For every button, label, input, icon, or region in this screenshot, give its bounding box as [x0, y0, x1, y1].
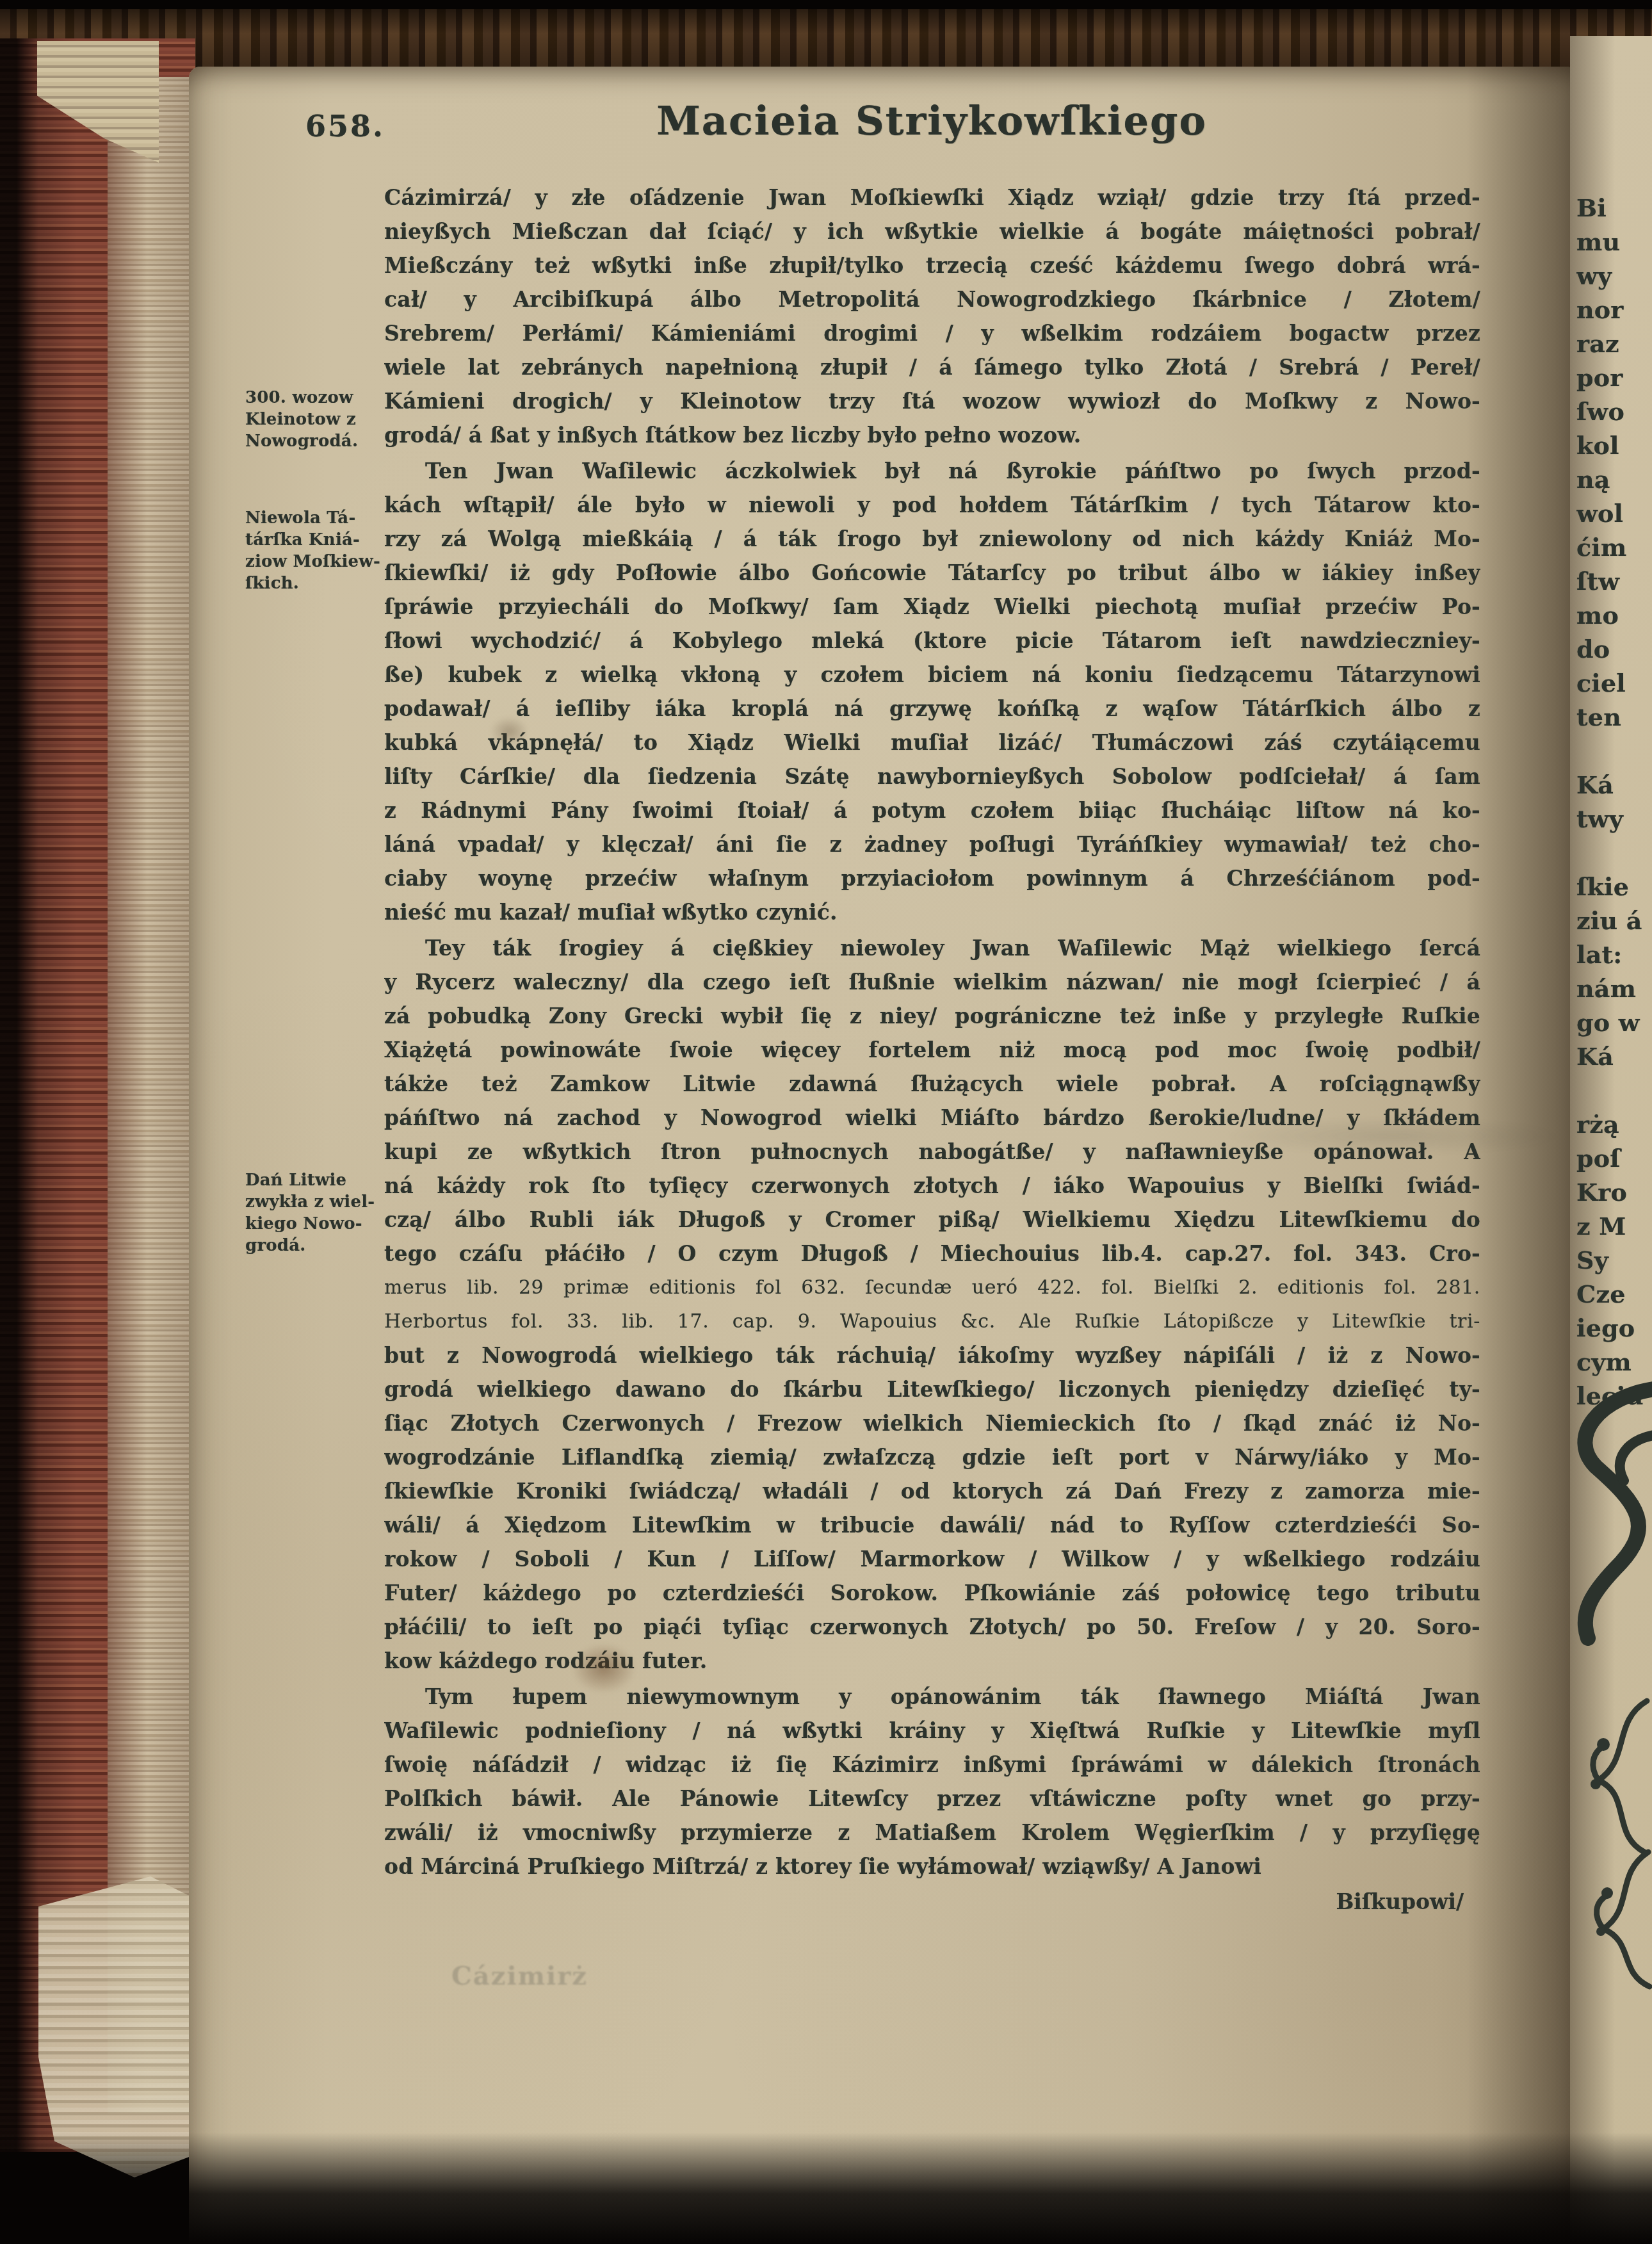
text-line: kow káżdego rodzáiu futer. [384, 1644, 1480, 1678]
catchword: Biſkupowi/ [384, 1885, 1480, 1919]
text-line: merus lib. 29 primæ editionis fol 632. ſ… [384, 1271, 1480, 1305]
text-line: od Márciná Pruſkiego Miſtrzá/ z ktorey ſ… [384, 1850, 1480, 1883]
text-line: ná káżdy rok ſto tyſięcy czerwonych złot… [384, 1169, 1480, 1203]
text-line: zá pobudką Zony Grecki wybił ſię z niey/… [384, 999, 1480, 1033]
page-number: 658. [305, 109, 385, 143]
text-line: cał/ y Arcibiſkupá álbo Metropolitá Nowo… [384, 282, 1480, 316]
paragraph: Tey ták ſrogiey á cięßkiey niewoley Jwan… [384, 931, 1480, 1678]
text-line: Dań Litwie [245, 1169, 399, 1191]
text-line: do [1576, 632, 1652, 666]
margin-note-tatar-captivity: Niewola Tá-tárſka Kniá-ziow Moſkiew-ſkic… [245, 507, 399, 594]
text-line: zwykła z wiel- [245, 1191, 399, 1213]
text-line: but z Nowogrodá wielkiego ták ráchuią/ i… [384, 1338, 1480, 1372]
text-line: ſkiewſkie Kroniki ſwiádczą/ władáli / od… [384, 1474, 1480, 1508]
text-line: Kámieni drogich/ y Kleinotow trzy ſtá wo… [384, 384, 1480, 418]
ink-stain [572, 1643, 636, 1693]
text-line: płáćili/ to ieſt po piąći tyſiąc czerwon… [384, 1610, 1480, 1644]
floral-ornament-icon [1570, 1691, 1652, 1992]
text-line: ſkiewſki/ iż gdy Poſłowie álbo Gońcowie … [384, 556, 1480, 590]
foxing-spot [490, 717, 528, 746]
text-line: ſkich. [245, 573, 399, 594]
text-line: Kleinotow z [245, 409, 399, 430]
page-edges-stack [108, 77, 195, 2113]
text-line: ſpráwie przyiecháli do Moſkwy/ ſam Xiądz… [384, 590, 1480, 624]
text-line: iego [1576, 1311, 1652, 1345]
text-line: Bi [1576, 191, 1652, 225]
paragraph: Tym łupem niewymownym y opánowánim ták ſ… [384, 1680, 1480, 1883]
text-line: wáli/ á Xiędzom Litewſkim w tribucie daw… [384, 1508, 1480, 1542]
text-line: Cázimirzá/ y złe oſádzenie Jwan Moſkiewſ… [384, 181, 1480, 215]
text-line: Sy [1576, 1243, 1652, 1277]
body-text: Cázimirzá/ y złe oſádzenie Jwan Moſkiewſ… [384, 181, 1480, 1919]
text-line: Futer/ káżdego po czterdzieśći Sorokow. … [384, 1576, 1480, 1610]
text-line: Mießczány też wßytki inße złupił/tylko t… [384, 248, 1480, 282]
text-line: por [1576, 361, 1652, 394]
text-line: go w [1576, 1005, 1652, 1039]
text-line: ße) kubek z wielką vkłoną y czołem bicie… [384, 658, 1480, 692]
text-line: kách wſtąpił/ ále było w niewoli y pod h… [384, 488, 1480, 522]
text-line: ſtw [1576, 564, 1652, 598]
text-line: podawał/ á ieſliby iáka kroplá ná grzywę… [384, 692, 1480, 726]
text-line: nor [1576, 293, 1652, 327]
text-line: Xiążętá powinowáte ſwoie więcey fortelem… [384, 1033, 1480, 1067]
text-line: nieyßych Mießczan dał ſciąć/ y ich wßytk… [384, 215, 1480, 248]
text-line: Ten Jwan Waſilewic áczkolwiek był ná ßyr… [384, 454, 1480, 488]
text-line: poſ [1576, 1141, 1652, 1175]
margin-note-lithuanian-tribute: Dań Litwiezwykła z wiel-kiego Nowo-grodá… [245, 1169, 399, 1256]
text-line: rzy zá Wolgą mießkáią / á ták ſrogo był … [384, 522, 1480, 556]
paragraph: Cázimirzá/ y złe oſádzenie Jwan Moſkiewſ… [384, 181, 1480, 452]
text-line: mo [1576, 598, 1652, 632]
text-line: liſty Cárſkie/ dla ſiedzenia Szátę nawyb… [384, 760, 1480, 793]
text-line: grodá wielkiego dawano do ſkárbu Litewſk… [384, 1372, 1480, 1406]
text-line: Ká [1576, 768, 1652, 802]
text-line: ſkie [1576, 870, 1652, 904]
margin-note-wagons: 300. wozowKleinotow zNowogrodá. [245, 387, 399, 452]
text-line: ſwo [1576, 394, 1652, 428]
text-line: zwáli/ iż vmocniwßy przymierze z Matiaße… [384, 1816, 1480, 1850]
text-line: czą/ álbo Rubli iák Długoß y Cromer pißą… [384, 1203, 1480, 1237]
text-line: Herbortus fol. 33. lib. 17. cap. 9. Wapo… [384, 1305, 1480, 1338]
text-line: rokow / Soboli / Kun / Liſſow/ Marmorkow… [384, 1542, 1480, 1576]
text-line [1576, 836, 1652, 870]
text-line: nám [1576, 972, 1652, 1005]
text-line: 300. wozow [245, 387, 399, 409]
text-line: Polſkich báwił. Ale Pánowie Litewſcy prz… [384, 1782, 1480, 1816]
text-line: mu [1576, 225, 1652, 259]
text-line: z Rádnymi Pány ſwoimi ſtoiał/ á potym cz… [384, 793, 1480, 827]
text-line: kubká vkápnęłá/ to Xiądz Wielki muſiał l… [384, 726, 1480, 760]
text-line: Tym łupem niewymownym y opánowánim ták ſ… [384, 1680, 1480, 1714]
text-line: Niewola Tá- [245, 507, 399, 529]
text-line: nieść mu kazał/ muſiał wßytko czynić. [384, 895, 1480, 929]
text-line: ciel [1576, 666, 1652, 700]
text-line: tego czáſu płáćiło / O czym Długoß / Mie… [384, 1237, 1480, 1271]
text-line: grodá/ á ßat y inßych ſtátkow bez liczby… [384, 418, 1480, 452]
book-scan-photo: 658. Macieia Striykowſkiego 300. wozowKl… [0, 0, 1652, 2244]
facing-page-text-fragments: Bimuwynorrazporſwokolnąwolćimſtwmodociel… [1576, 191, 1652, 1427]
binding-gutter-shadow [1466, 67, 1572, 2244]
text-line: lat: [1576, 938, 1652, 972]
text-line: ciaby woynę przećiw właſnym przyiaciołom… [384, 861, 1480, 895]
text-line: wy [1576, 259, 1652, 293]
text-line [1576, 734, 1652, 768]
text-line: grodá. [245, 1235, 399, 1256]
text-line: tárſka Kniá- [245, 529, 399, 551]
text-line: wogrodzánie Liflandſką ziemią/ zwłaſzczą… [384, 1440, 1480, 1474]
ghost-offset-print: Cázimirż [451, 1961, 588, 1991]
text-line: ziu á [1576, 904, 1652, 938]
text-line: ſwoię náſádził / widząc iż ſię Kázimirz … [384, 1748, 1480, 1782]
text-line: twy [1576, 802, 1652, 836]
text-line: Waſilewic podnieſiony / ná wßytki kráiny… [384, 1714, 1480, 1748]
book-top-edge [0, 9, 1652, 70]
book-page: 658. Macieia Striykowſkiego 300. wozowKl… [189, 67, 1572, 2244]
text-line: tákże też Zamkow Litwie zdawná ſłużących… [384, 1067, 1480, 1101]
text-line: z M [1576, 1209, 1652, 1243]
text-line: wol [1576, 496, 1652, 530]
running-title: Macieia Striykowſkiego [464, 97, 1399, 144]
text-line: ſłowi wychodzić/ á Kobylego mleká (ktore… [384, 624, 1480, 658]
text-line: ną [1576, 462, 1652, 496]
paragraph: Ten Jwan Waſilewic áczkolwiek był ná ßyr… [384, 454, 1480, 929]
bottom-shadow [0, 2133, 1652, 2244]
text-line: kol [1576, 428, 1652, 462]
text-line: ten [1576, 700, 1652, 734]
swash-initial-icon [1562, 1377, 1652, 1646]
text-line: Cze [1576, 1277, 1652, 1311]
paragraphs: Cázimirzá/ y złe oſádzenie Jwan Moſkiewſ… [384, 181, 1480, 1883]
text-line: raz [1576, 327, 1652, 361]
text-line: ćim [1576, 530, 1652, 564]
text-line: ziow Moſkiew- [245, 551, 399, 573]
text-line: rżą [1576, 1107, 1652, 1141]
text-line: Srebrem/ Perłámi/ Kámieniámi drogimi / y… [384, 316, 1480, 350]
text-line: cym [1576, 1345, 1652, 1379]
text-line: Nowogrodá. [245, 430, 399, 452]
text-line: Ká [1576, 1039, 1652, 1073]
text-line: y Rycerz waleczny/ dla czego ieſt ſłußni… [384, 965, 1480, 999]
text-line: Kro [1576, 1175, 1652, 1209]
text-line: láná vpadał/ y klęczał/ áni ſie z żadney… [384, 827, 1480, 861]
text-line: ſiąc Złotych Czerwonych / Frezow wielkic… [384, 1406, 1480, 1440]
text-line: Tey ták ſrogiey á cięßkiey niewoley Jwan… [384, 931, 1480, 965]
text-line [1576, 1073, 1652, 1107]
text-line: wiele lat zebránych napełnioną złupił / … [384, 350, 1480, 384]
text-line: kiego Nowo- [245, 1213, 399, 1235]
